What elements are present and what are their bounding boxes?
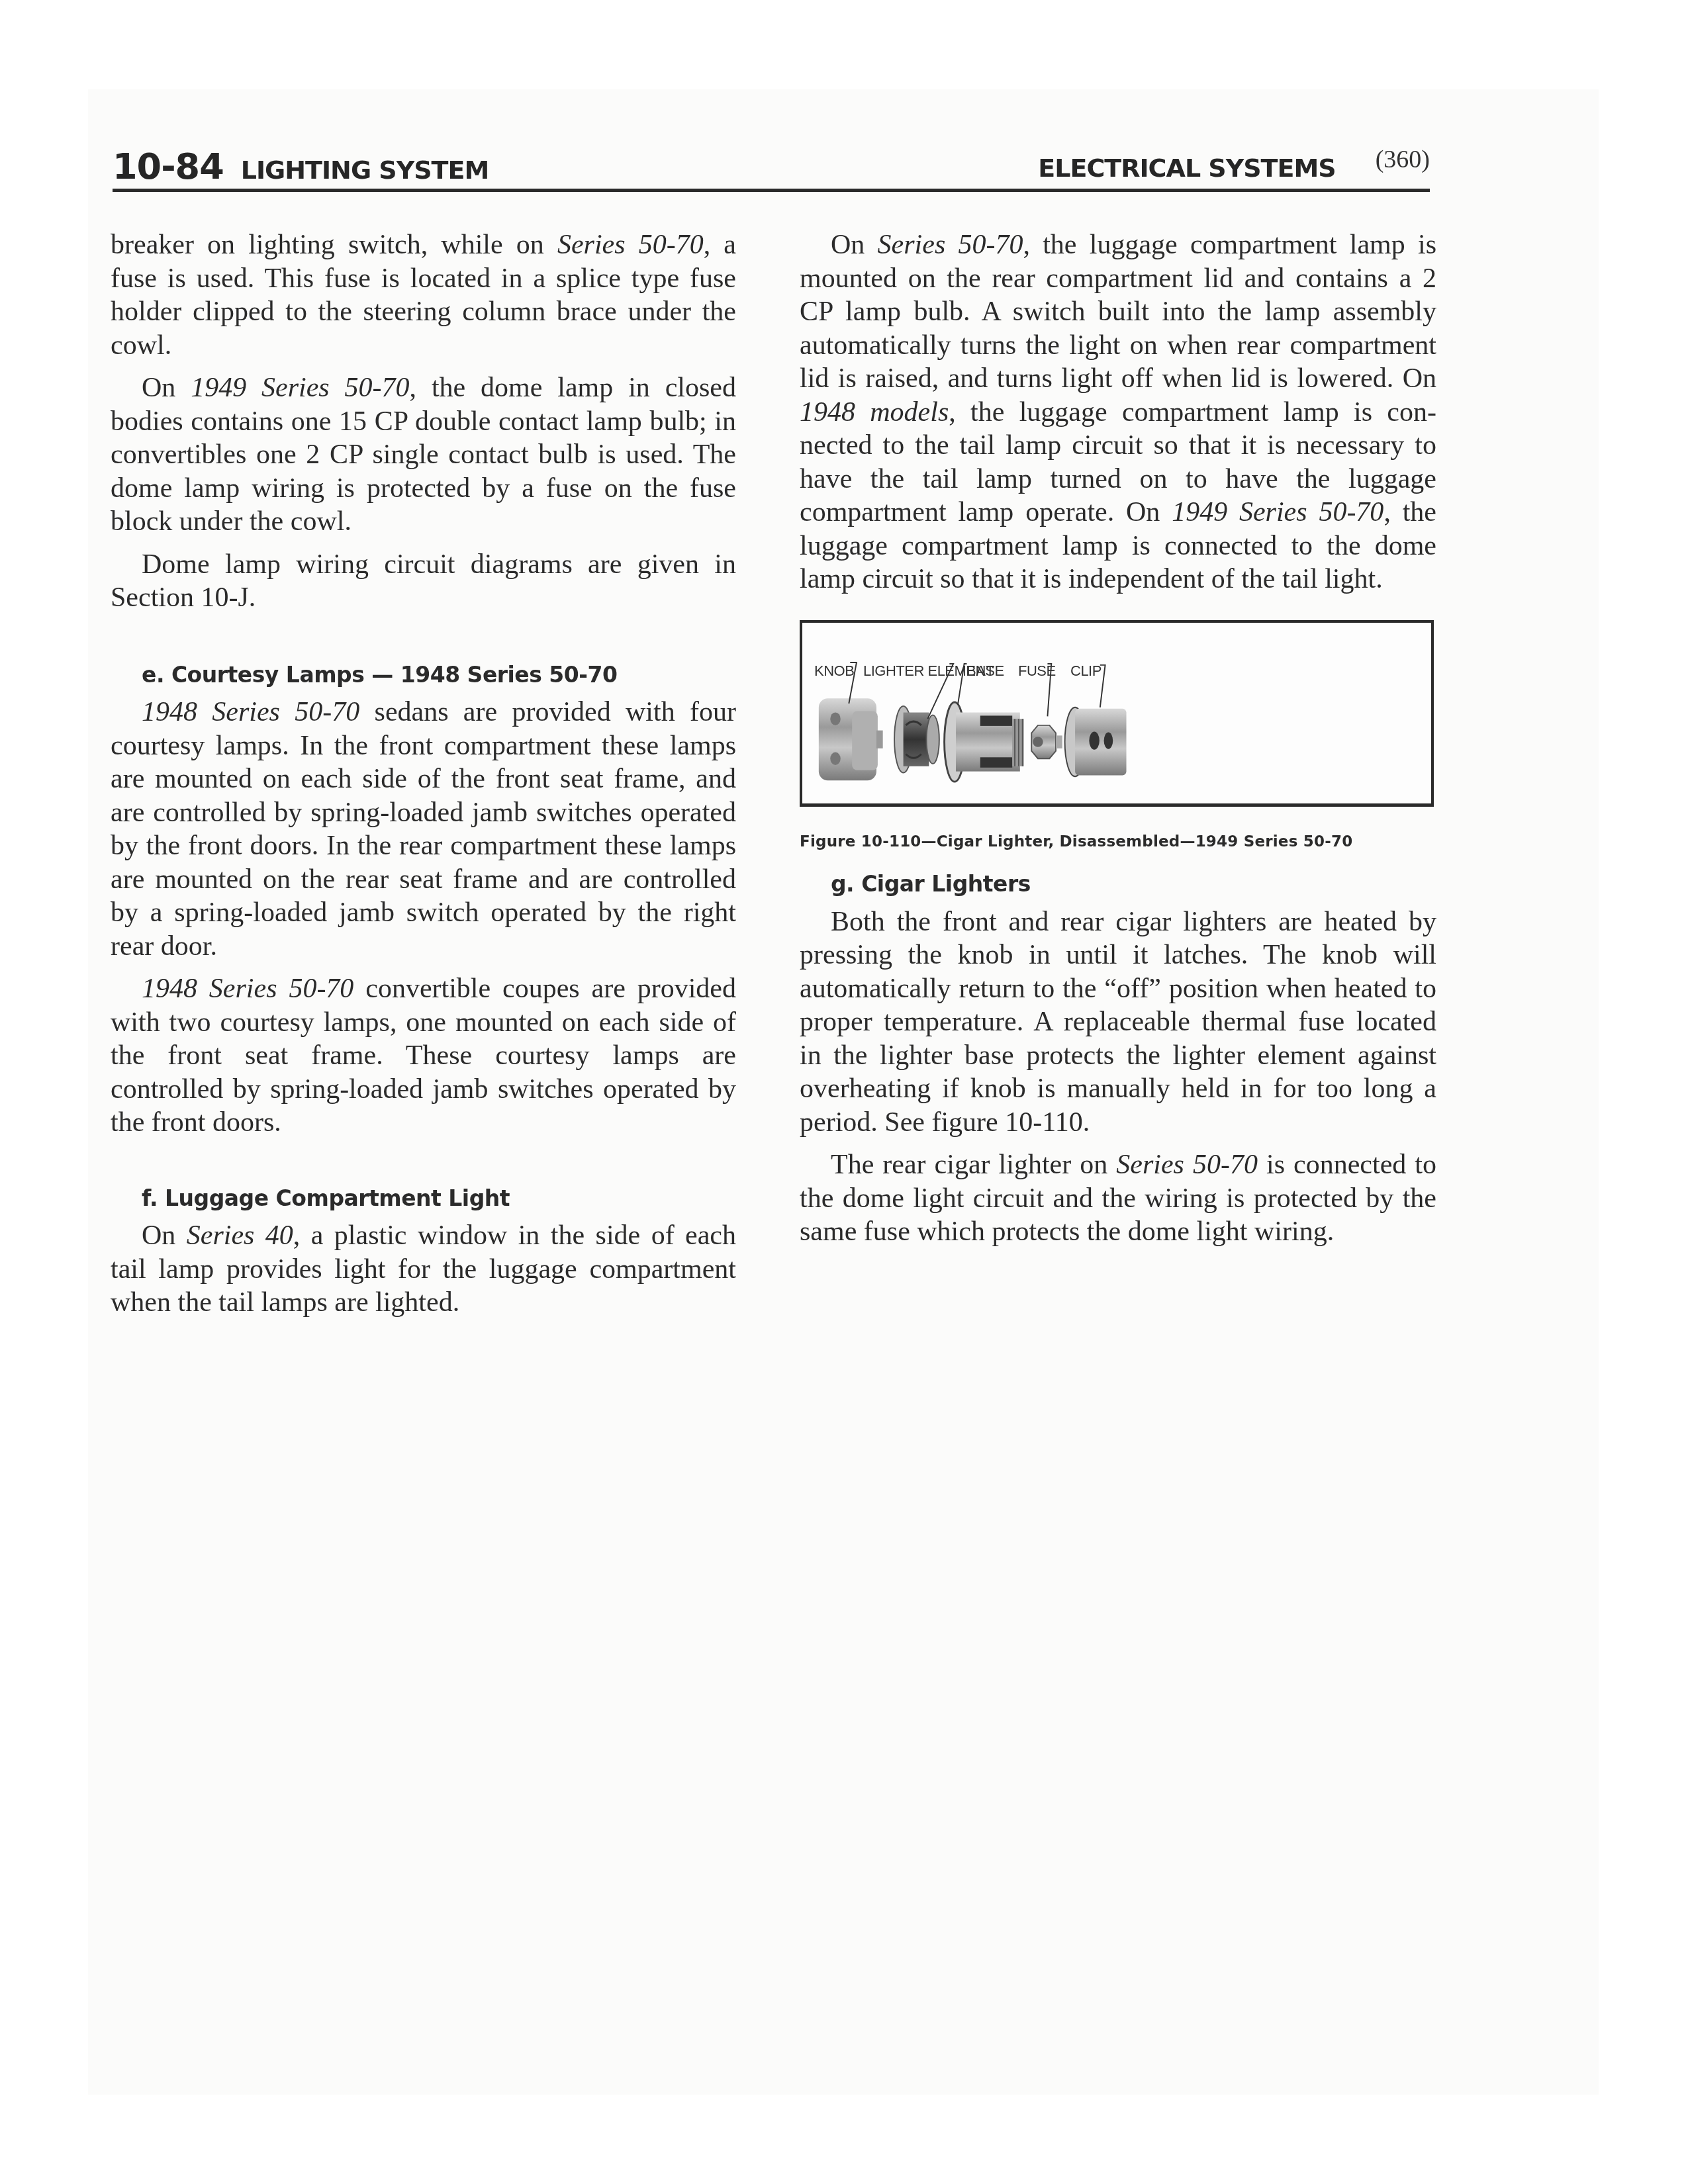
italic-text: Series 50-70 [1116,1150,1258,1180]
paragraph: On 1949 Series 50-70, the dome lamp in c… [111,371,736,539]
figure-label-knob: KNOB [814,655,854,688]
figure-label-fuse: FUSE [1018,655,1056,688]
figure-label-clip: CLIP [1070,655,1102,688]
text: On [142,373,191,403]
text: sedans are provided with four courtesy l… [111,697,736,962]
paragraph: Dome lamp wiring circuit diagrams are gi… [111,548,736,615]
paragraph: 1948 Series 50-70 convertible coupes are… [111,972,736,1140]
cigar-lighter-figure: KNOB LIGHTER ELEMENT BASE FUSE CLIP [800,620,1434,807]
header-left: 10-84 LIGHTING SYSTEM [113,146,489,187]
text: The rear cigar lighter on [831,1150,1116,1180]
page-number: 10-84 [113,146,224,187]
paragraph: breaker on lighting switch, while on Ser… [111,228,736,362]
section-heading-e: e. Courtesy Lamps — 1948 Series 50-70 [142,659,736,692]
text: Dome lamp wiring circuit diagrams are gi… [111,549,736,614]
italic-text: Series 40 [187,1220,293,1251]
paragraph: Both the front and rear cigar lighters a… [800,905,1436,1140]
italic-text: 1948 models [800,397,949,428]
figure-caption: Figure 10-110—Cigar Lighter, Disassemble… [800,825,1436,859]
paragraph: 1948 Series 50-70 sedans are provided wi… [111,696,736,963]
lighter-element-part [894,705,939,772]
header-right: ELECTRICAL SYSTEMS (360) [1038,154,1430,183]
italic-text: 1949 Series 50-70 [191,373,409,403]
text: Both the front and rear cigar lighters a… [800,907,1436,1138]
paragraph: The rear cigar lighter on Series 50-70 i… [800,1148,1436,1249]
sheet-number: (360) [1376,145,1430,174]
italic-text: Series 50-70 [557,230,704,260]
italic-text: Series 50-70 [878,230,1023,260]
figure-label-base: BASE [966,655,1004,688]
text: breaker on lighting switch, while on [111,230,557,260]
italic-text: 1949 Series 50-70 [1172,497,1383,527]
section-heading-f: f. Luggage Compartment Light [142,1182,736,1216]
right-column: On Series 50-70, the luggage compartment… [800,228,1436,1258]
cigar-lighter-illustration [802,623,1431,803]
chapter-title: ELECTRICAL SYSTEMS [1038,154,1335,183]
fuse-part [1031,725,1062,758]
section-heading-g: g. Cigar Lighters [831,868,1436,901]
clip-part [1065,707,1127,776]
knob-part [819,698,883,780]
paragraph: On Series 50-70, the luggage compartment… [800,228,1436,596]
text: On [142,1220,187,1251]
base-part [945,702,1024,782]
section-title: LIGHTING SYSTEM [241,156,489,185]
left-column: breaker on lighting switch, while on Ser… [111,228,736,1329]
italic-text: 1948 Series 50-70 [142,974,353,1004]
page-header: 10-84 LIGHTING SYSTEM ELECTRICAL SYSTEMS… [113,149,1430,192]
text: On [831,230,878,260]
italic-text: 1948 Series 50-70 [142,697,359,727]
paragraph: On Series 40, a plastic window in the si… [111,1219,736,1320]
